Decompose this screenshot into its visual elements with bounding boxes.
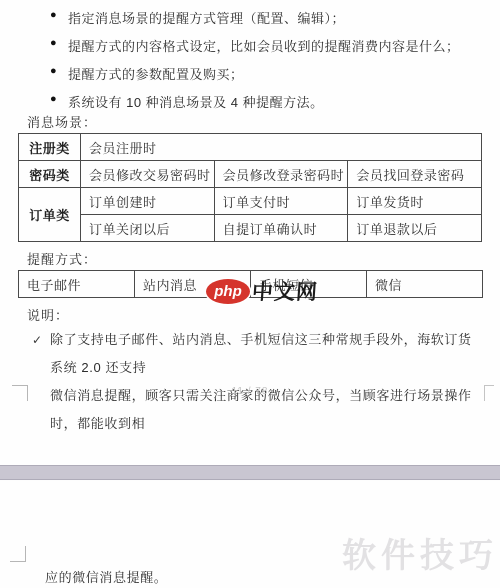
table-row: 密码类 会员修改交易密码时 会员修改登录密码时 会员找回登录密码 (19, 161, 482, 188)
bullet-icon: ● (50, 64, 68, 77)
bullet-text: 提醒方式的参数配置及购买； (68, 64, 244, 83)
bullet-icon: ● (50, 8, 68, 21)
remind-method-cell: 站内消息 (135, 271, 251, 298)
bullet-text: 指定消息场景的提醒方式管理（配置、编辑）； (68, 8, 345, 27)
page-break-separator (0, 465, 500, 480)
scenario-category-cell: 密码类 (19, 161, 81, 188)
scenario-value-cell: 会员注册时 (81, 134, 482, 161)
document-page-2: 软件技巧 应的微信消息提醒。 (0, 481, 500, 588)
list-item: ● 提醒方式的内容格式设定，比如会员收到的提醒消费内容是什么； (50, 36, 460, 64)
scenario-value-cell: 会员找回登录密码 (348, 161, 482, 188)
document-page-1: ● 指定消息场景的提醒方式管理（配置、编辑）； ● 提醒方式的内容格式设定，比如… (0, 0, 500, 465)
bullet-icon: ● (50, 92, 68, 105)
note-line: 除了支持电子邮件、站内消息、手机短信这三种常规手段外，海软订货系统 2.0 还支… (50, 332, 472, 375)
list-item: ● 指定消息场景的提醒方式管理（配置、编辑）； (50, 8, 460, 36)
scenario-value-cell: 订单退款以后 (348, 215, 482, 242)
note-section-label: 说明： (27, 305, 69, 324)
remind-method-cell: 手机短信 (251, 271, 367, 298)
scenario-value-cell: 会员修改登录密码时 (214, 161, 348, 188)
scenario-value-cell: 订单支付时 (214, 188, 348, 215)
list-item: ● 系统设有 10 种消息场景及 4 种提醒方法。 (50, 92, 460, 120)
check-icon: ✓ (32, 326, 50, 438)
page-margin-mark (10, 546, 26, 562)
note-text: 除了支持电子邮件、站内消息、手机短信这三种常规手段外，海软订货系统 2.0 还支… (50, 326, 482, 438)
list-item: ● 提醒方式的参数配置及购买； (50, 64, 460, 92)
scenario-value-cell: 订单创建时 (81, 188, 215, 215)
scenario-category-cell: 注册类 (19, 134, 81, 161)
remind-method-table: 电子邮件 站内消息 手机短信 微信 (18, 270, 483, 298)
bullet-text: 系统设有 10 种消息场景及 4 种提醒方法。 (68, 92, 324, 111)
scenario-value-cell: 订单关闭以后 (81, 215, 215, 242)
remind-section-label: 提醒方式： (27, 249, 97, 268)
table-row: 订单关闭以后 自提订单确认时 订单退款以后 (19, 215, 482, 242)
table-row: 电子邮件 站内消息 手机短信 微信 (19, 271, 483, 298)
scenario-section-label: 消息场景： (27, 112, 97, 131)
remind-method-cell: 电子邮件 (19, 271, 135, 298)
scenario-value-cell: 订单发货时 (348, 188, 482, 215)
software-tips-watermark: 软件技巧 (342, 528, 498, 577)
bullet-icon: ● (50, 36, 68, 49)
page-number: 11 / 78 (0, 386, 500, 397)
remind-method-cell: 微信 (367, 271, 483, 298)
scenario-value-cell: 自提订单确认时 (214, 215, 348, 242)
table-row: 订单类 订单创建时 订单支付时 订单发货时 (19, 188, 482, 215)
table-row: 注册类 会员注册时 (19, 134, 482, 161)
message-scenario-table: 注册类 会员注册时 密码类 会员修改交易密码时 会员修改登录密码时 会员找回登录… (18, 133, 482, 242)
scenario-value-cell: 会员修改交易密码时 (81, 161, 215, 188)
page2-body-text: 应的微信消息提醒。 (45, 567, 167, 586)
scenario-category-cell: 订单类 (19, 188, 81, 242)
bullet-text: 提醒方式的内容格式设定，比如会员收到的提醒消费内容是什么； (68, 36, 460, 55)
note-paragraph: ✓ 除了支持电子邮件、站内消息、手机短信这三种常规手段外，海软订货系统 2.0 … (32, 326, 482, 438)
feature-bullet-list: ● 指定消息场景的提醒方式管理（配置、编辑）； ● 提醒方式的内容格式设定，比如… (50, 8, 460, 120)
document-viewport: ● 指定消息场景的提醒方式管理（配置、编辑）； ● 提醒方式的内容格式设定，比如… (0, 0, 500, 588)
